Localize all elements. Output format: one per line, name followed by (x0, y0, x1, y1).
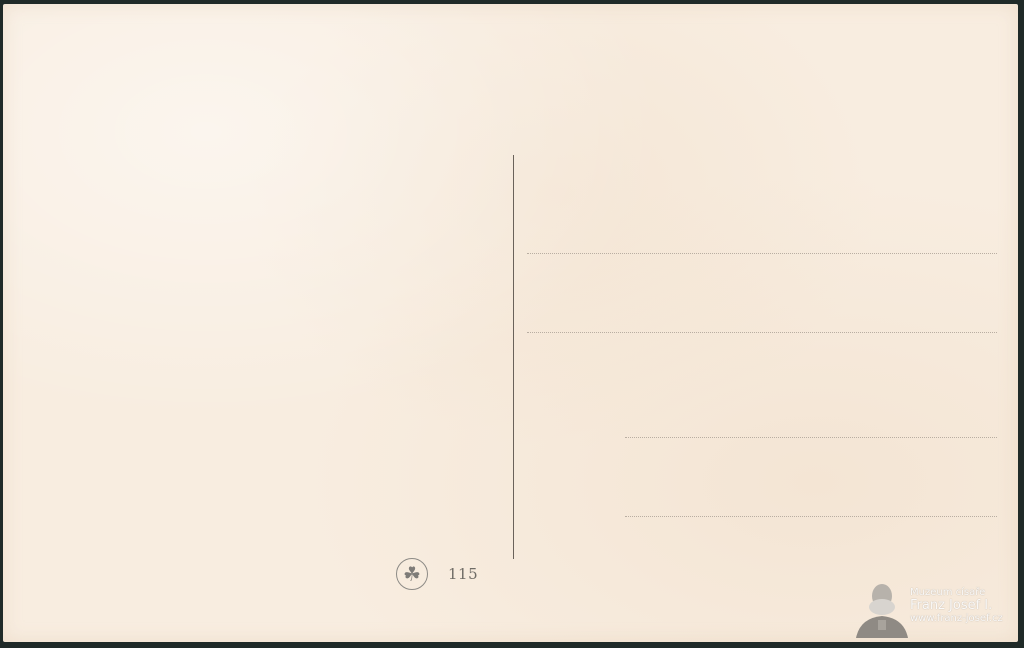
card-number: 115 (448, 565, 478, 583)
emperor-portrait-icon (852, 580, 912, 638)
vertical-divider-line (513, 155, 514, 559)
watermark-line-2: Franz Josef I. (910, 599, 1003, 614)
address-line-3 (625, 437, 997, 438)
address-line-1 (527, 253, 997, 254)
watermark-url: www.franz-josef.cz (910, 613, 1003, 625)
watermark-line-1: Muzeum císaře (910, 587, 1003, 599)
address-line-2 (527, 332, 997, 333)
address-line-4 (625, 516, 997, 517)
publisher-mark: ☘ 115 (396, 558, 478, 590)
museum-watermark: Muzeum císaře Franz Josef I. www.franz-j… (850, 578, 1018, 638)
postcard-back: ☘ 115 (3, 4, 1018, 642)
four-leaf-clover-icon: ☘ (396, 558, 428, 590)
